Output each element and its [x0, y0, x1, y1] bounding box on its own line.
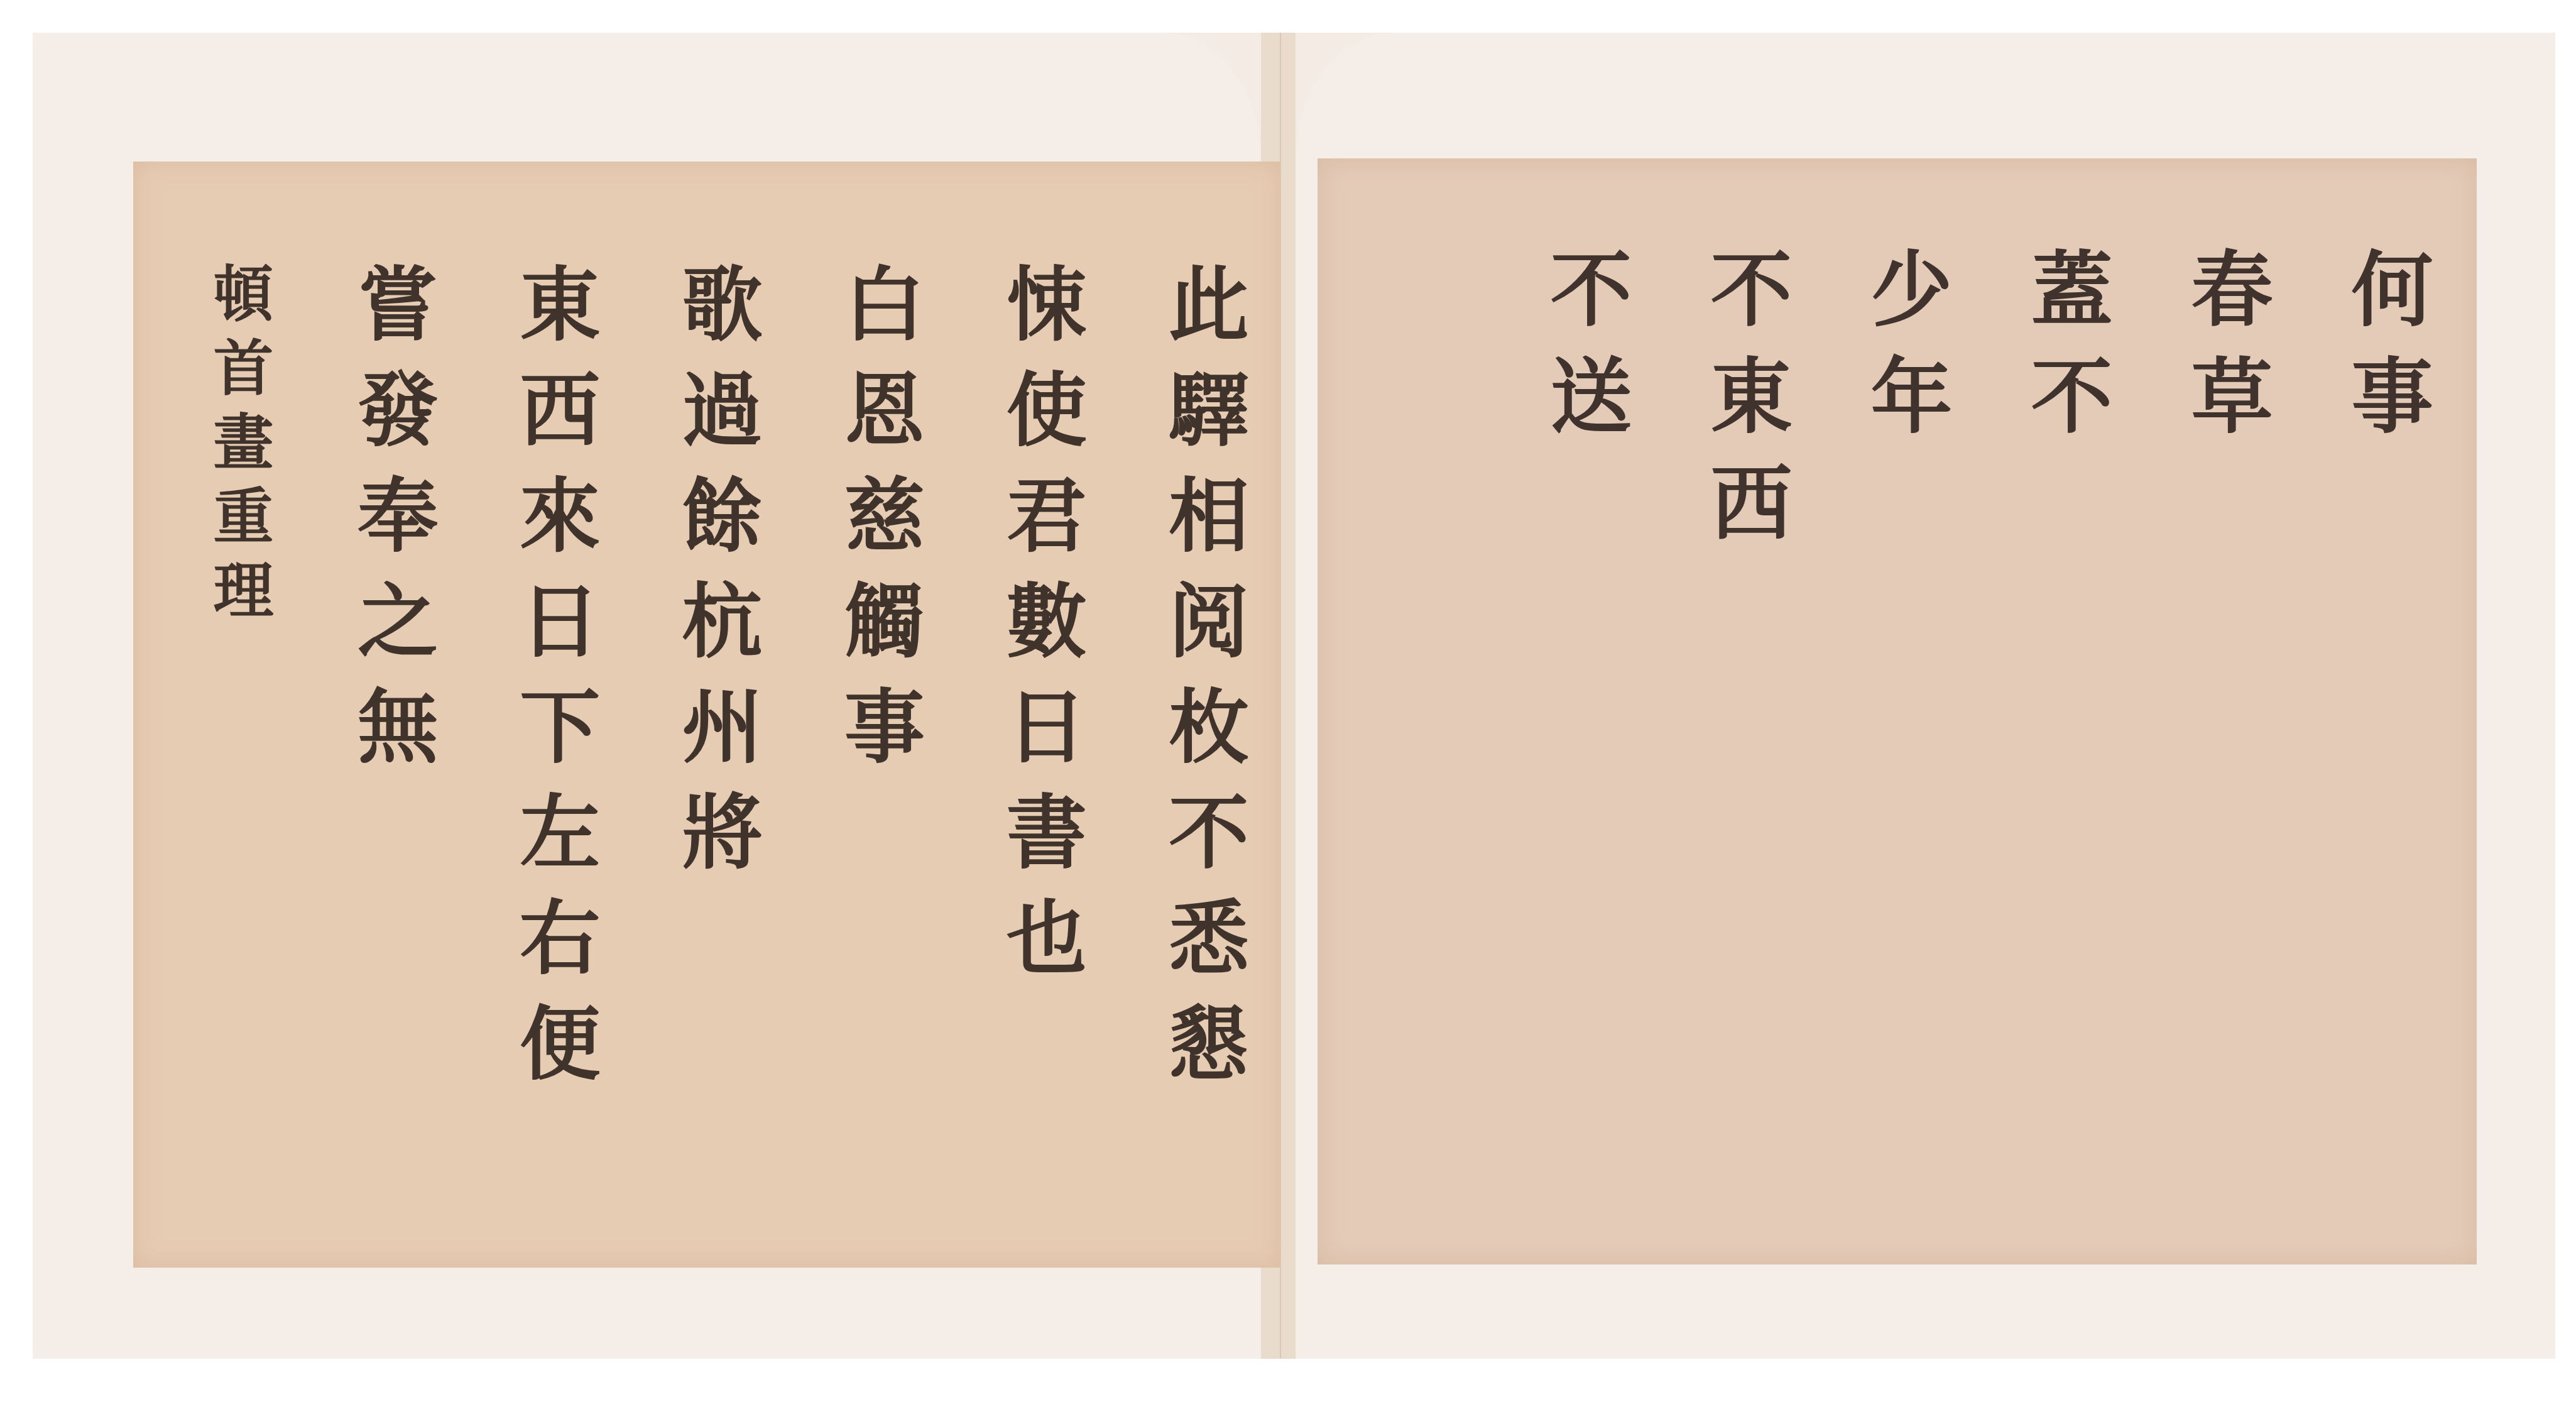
fold-line: [1280, 33, 1281, 1359]
right-calligraphy-page: 何事 春草 蓋不 少年 不東西 不送: [1318, 158, 2477, 1265]
text-column: 東西來日下左右便: [513, 262, 593, 1268]
text-column: 嘗發奉之無: [351, 262, 431, 1268]
left-text-columns: 此驛相阅枚不悉懇 悚使君數日書也 白恩慈觸事 歌過餘杭州將 東西來日下左右便 嘗…: [209, 262, 1242, 1268]
text-column: 歌過餘杭州將: [675, 262, 755, 1268]
right-text-columns: 何事 春草 蓋不 少年 不東西 不送: [1544, 246, 2426, 1265]
text-column: 蓋不: [2024, 246, 2106, 1265]
left-calligraphy-page: 此驛相阅枚不悉懇 悚使君數日書也 白恩慈觸事 歌過餘杭州將 東西來日下左右便 嘗…: [133, 162, 1280, 1268]
signature-column: 頓首畫重理: [209, 262, 269, 1268]
text-column: 白恩慈觸事: [838, 262, 918, 1268]
text-column: 悚使君數日書也: [1000, 262, 1080, 1268]
text-column: 不送: [1544, 246, 1625, 1265]
text-column: 少年: [1864, 246, 1946, 1265]
text-column: 此驛相阅枚不悉懇: [1162, 262, 1242, 1268]
text-column: 春草: [2185, 246, 2266, 1265]
text-column: 何事: [2345, 246, 2426, 1265]
text-column: 不東西: [1704, 246, 1786, 1265]
album-mount: 此驛相阅枚不悉懇 悚使君數日書也 白恩慈觸事 歌過餘杭州將 東西來日下左右便 嘗…: [33, 33, 2555, 1359]
